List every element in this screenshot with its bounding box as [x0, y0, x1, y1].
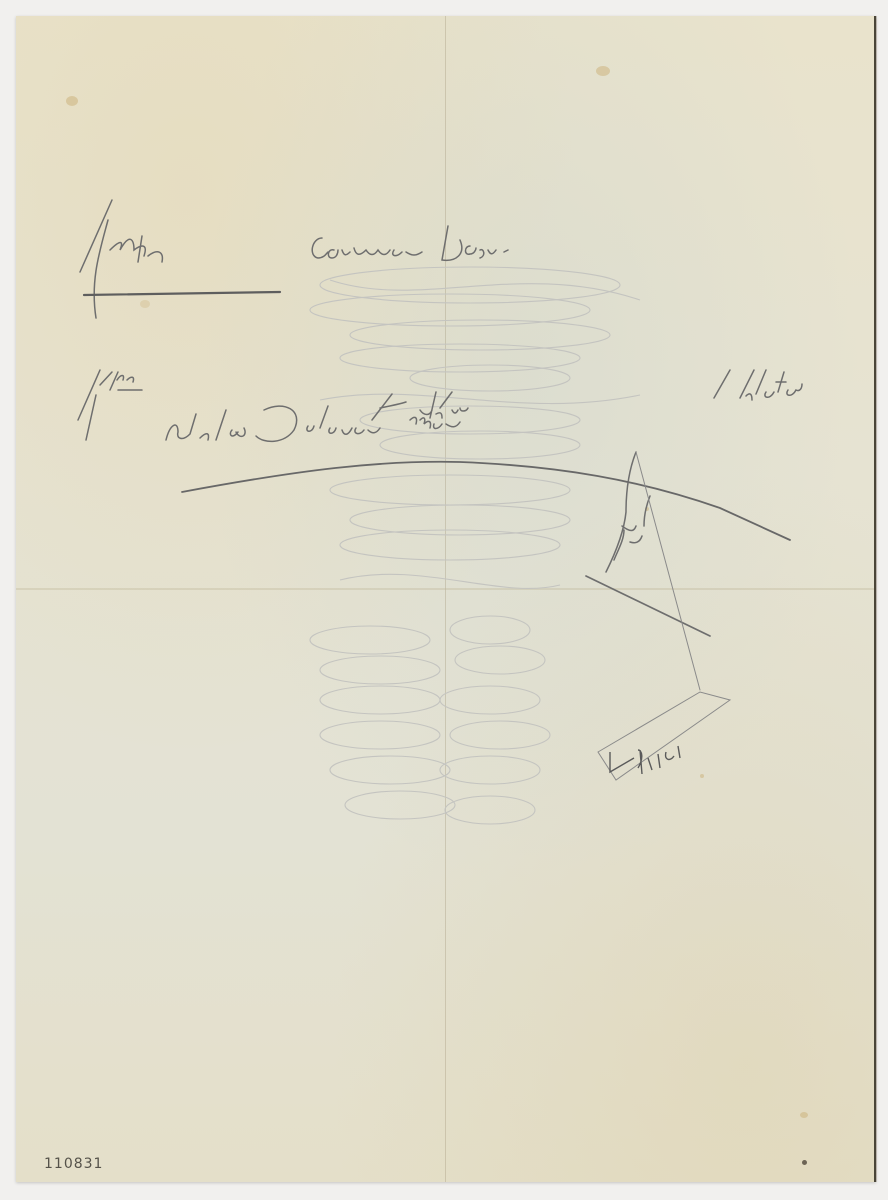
handwriting	[78, 200, 802, 690]
stamp-jvila	[598, 692, 730, 780]
pencil-markings	[0, 0, 888, 1200]
flourish-loops	[310, 267, 640, 824]
document-stage: Srta Carmen Dasí Mª de los Dolores Tomas…	[0, 0, 888, 1200]
accession-number: 110831	[44, 1156, 103, 1172]
